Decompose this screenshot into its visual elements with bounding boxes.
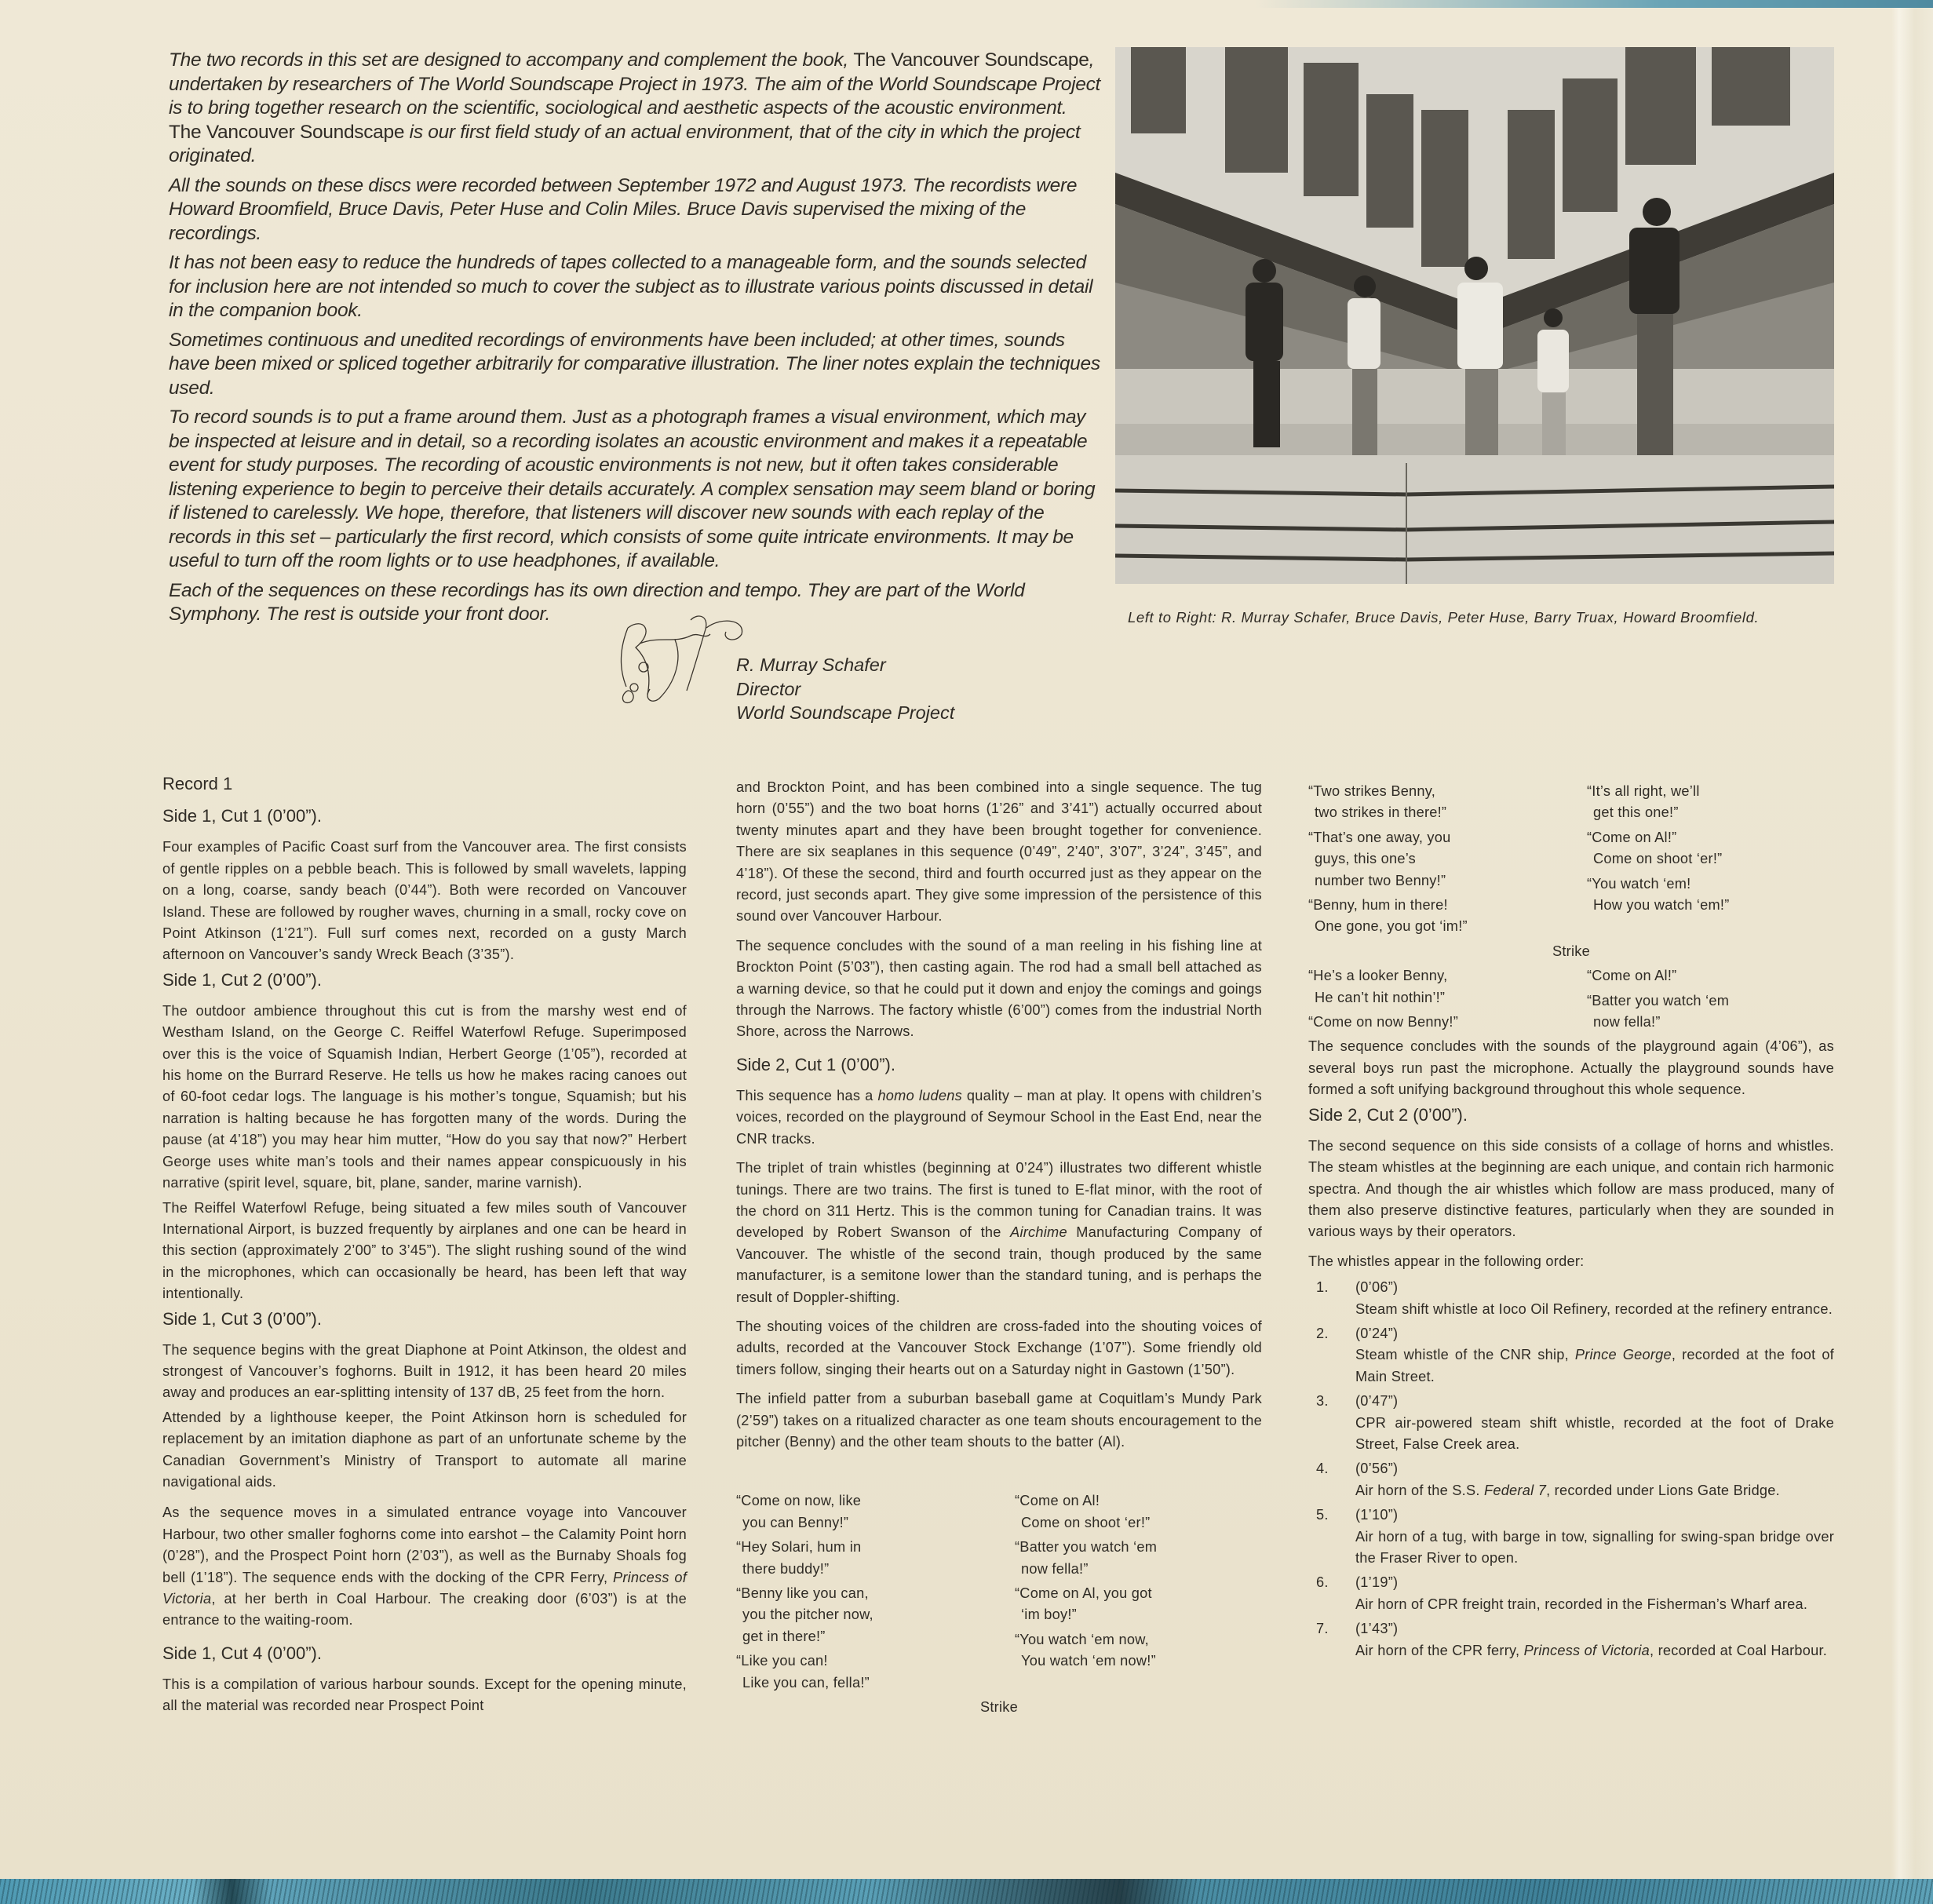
sleeve-edge-bottom: [0, 1879, 1933, 1904]
whistle-list: 1.(0’06”)Steam shift whistle at Ioco Oil…: [1308, 1277, 1834, 1661]
chant-line: “Come on now Benny!”: [1308, 1012, 1556, 1033]
whistle-item: 2.(0’24”)Steam whistle of the CNR ship, …: [1308, 1323, 1834, 1388]
cut-description: The sequence begins with the great Diaph…: [162, 1340, 687, 1404]
chant-line: “That’s one away, you guys, this one’s n…: [1308, 827, 1556, 892]
whistle-description: CPR air-powered steam shift whistle, rec…: [1355, 1415, 1834, 1452]
whistle-number: 2.: [1308, 1323, 1355, 1388]
chant-line: “He’s a looker Benny, He can’t hit nothi…: [1308, 965, 1556, 1009]
signature-block: R. Murray Schafer Director World Soundsc…: [612, 612, 1083, 738]
whistle-timestamp: (0’56”): [1355, 1458, 1834, 1479]
intro-paragraph: It has not been easy to reduce the hundr…: [169, 251, 1103, 323]
chant-line: “Batter you watch ‘em now fella!”: [1015, 1537, 1262, 1580]
whistle-number: 6.: [1308, 1572, 1355, 1615]
signer-title: Director: [736, 677, 954, 702]
chant-line: “Come on Al, you got ‘im boy!”: [1015, 1583, 1262, 1626]
whistle-number: 3.: [1308, 1391, 1355, 1455]
chant-line: “Batter you watch ‘em now fella!”: [1587, 990, 1834, 1034]
signer-name: R. Murray Schafer: [736, 653, 954, 677]
chant-line: “Like you can! Like you can, fella!”: [736, 1650, 983, 1694]
intro-paragraph: Sometimes continuous and unedited record…: [169, 329, 1103, 401]
whistle-item: 7.(1’43”)Air horn of the CPR ferry, Prin…: [1308, 1618, 1834, 1661]
cut-description: The outdoor ambience throughout this cut…: [162, 1001, 687, 1195]
photo-staircase-group-image: [1115, 47, 1834, 584]
chant-line: “It’s all right, we’ll get this one!”: [1587, 781, 1834, 824]
cut-description-continued: and Brockton Point, and has been combine…: [736, 777, 1262, 928]
whistle-description: Air horn of the CPR ferry, Princess of V…: [1355, 1643, 1827, 1658]
chant-line: “Benny like you can, you the pitcher now…: [736, 1583, 983, 1647]
intro-paragraph: To record sounds is to put a frame aroun…: [169, 406, 1103, 574]
chant-line: “Two strikes Benny, two strikes in there…: [1308, 781, 1556, 824]
cut-heading-side1-cut2: Side 1, Cut 2 (0’00”).: [162, 969, 687, 991]
chant-line: “Come on now, like you can Benny!”: [736, 1490, 983, 1534]
whistle-item: 5.(1’10”)Air horn of a tug, with barge i…: [1308, 1505, 1834, 1569]
batter-side-chants: “It’s all right, we’ll get this one!”“Co…: [1587, 781, 1834, 941]
pitcher-side-chants: “Two strikes Benny, two strikes in there…: [1308, 781, 1556, 941]
whistle-item: 3.(0’47”)CPR air-powered steam shift whi…: [1308, 1391, 1834, 1455]
liner-column-1: Record 1 Side 1, Cut 1 (0’00”). Four exa…: [162, 773, 687, 1720]
signer-organization: World Soundscape Project: [736, 701, 954, 725]
chant-line: “You watch ‘em! How you watch ‘em!”: [1587, 874, 1834, 917]
cut-description: The whistles appear in the following ord…: [1308, 1251, 1834, 1272]
chant-line: “Benny, hum in there! One gone, you got …: [1308, 895, 1556, 938]
whistle-timestamp: (0’24”): [1355, 1323, 1834, 1344]
cut-heading-side2-cut1: Side 2, Cut 1 (0’00”).: [736, 1054, 1262, 1076]
cut-description: Four examples of Pacific Coast surf from…: [162, 837, 687, 965]
whistle-timestamp: (1’43”): [1355, 1618, 1834, 1640]
cut-description: The triplet of train whistles (beginning…: [736, 1158, 1262, 1308]
whistle-timestamp: (1’19”): [1355, 1572, 1834, 1593]
whistle-item: 4.(0’56”)Air horn of the S.S. Federal 7,…: [1308, 1458, 1834, 1501]
baseball-chant-part-3: “He’s a looker Benny, He can’t hit nothi…: [1308, 965, 1834, 1036]
cut-description: The infield patter from a suburban baseb…: [736, 1388, 1262, 1453]
chant-line: “Hey Solari, hum in there buddy!”: [736, 1537, 983, 1580]
pitcher-side-chants: “He’s a looker Benny, He can’t hit nothi…: [1308, 965, 1556, 1036]
whistle-timestamp: (0’06”): [1355, 1277, 1834, 1298]
cut-description: This is a compilation of various harbour…: [162, 1674, 687, 1717]
cut-description: The sequence concludes with the sounds o…: [1308, 1036, 1834, 1100]
whistle-item: 6.(1’19”)Air horn of CPR freight train, …: [1308, 1572, 1834, 1615]
whistle-timestamp: (1’10”): [1355, 1505, 1834, 1526]
sleeve-edge-top: [1256, 0, 1933, 8]
cut-heading-side2-cut2: Side 2, Cut 2 (0’00”).: [1308, 1104, 1834, 1126]
intro-essay: The two records in this set are designed…: [169, 49, 1103, 633]
record-heading: Record 1: [162, 773, 687, 794]
cut-description: As the sequence moves in a simulated ent…: [162, 1502, 687, 1631]
whistle-number: 1.: [1308, 1277, 1355, 1320]
whistle-description: Air horn of CPR freight train, recorded …: [1355, 1596, 1807, 1612]
whistle-description: Air horn of a tug, with barge in tow, si…: [1355, 1529, 1834, 1566]
cut-description: The Reiffel Waterfowl Refuge, being situ…: [162, 1198, 687, 1305]
cut-heading-side1-cut3: Side 1, Cut 3 (0’00”).: [162, 1308, 687, 1330]
batter-side-chants: “Come on Al!”“Batter you watch ‘em now f…: [1587, 965, 1834, 1036]
whistle-description: Steam shift whistle at Ioco Oil Refinery…: [1355, 1301, 1833, 1317]
whistle-number: 5.: [1308, 1505, 1355, 1569]
liner-column-2: and Brockton Point, and has been combine…: [736, 777, 1262, 1721]
cut-heading-side1-cut4: Side 1, Cut 4 (0’00”).: [162, 1643, 687, 1665]
baseball-chant-part-1: “Come on now, like you can Benny!”“Hey S…: [736, 1490, 1262, 1697]
whistle-timestamp: (0’47”): [1355, 1391, 1834, 1412]
batter-side-chants: “Come on Al! Come on shoot ‘er!”“Batter …: [1015, 1490, 1262, 1697]
cut-heading-side1-cut1: Side 1, Cut 1 (0’00”).: [162, 805, 687, 827]
group-photograph: [1115, 47, 1834, 584]
cut-description: The second sequence on this side consist…: [1308, 1136, 1834, 1243]
whistle-description: Steam whistle of the CNR ship, Prince Ge…: [1355, 1347, 1834, 1384]
intro-paragraph: All the sounds on these discs were recor…: [169, 174, 1103, 246]
cut-description: This sequence has a homo ludens quality …: [736, 1085, 1262, 1150]
photo-caption: Left to Right: R. Murray Schafer, Bruce …: [1128, 609, 1834, 626]
chant-line: “Come on Al! Come on shoot ‘er!”: [1015, 1490, 1262, 1534]
chant-line: “You watch ‘em now, You watch ‘em now!”: [1015, 1629, 1262, 1672]
strike-call: Strike: [736, 1697, 1262, 1718]
strike-call: Strike: [1308, 941, 1834, 962]
cut-description: Attended by a lighthouse keeper, the Poi…: [162, 1407, 687, 1494]
whistle-number: 4.: [1308, 1458, 1355, 1501]
whistle-number: 7.: [1308, 1618, 1355, 1661]
intro-paragraph: The two records in this set are designed…: [169, 49, 1103, 169]
liner-column-3: “Two strikes Benny, two strikes in there…: [1308, 781, 1834, 1665]
signature-text: R. Murray Schafer Director World Soundsc…: [736, 653, 954, 725]
pitcher-side-chants: “Come on now, like you can Benny!”“Hey S…: [736, 1490, 983, 1697]
cut-description: The sequence concludes with the sound of…: [736, 936, 1262, 1043]
baseball-chant-part-2: “Two strikes Benny, two strikes in there…: [1308, 781, 1834, 941]
whistle-item: 1.(0’06”)Steam shift whistle at Ioco Oil…: [1308, 1277, 1834, 1320]
chant-line: “Come on Al!” Come on shoot ‘er!”: [1587, 827, 1834, 870]
chant-line: “Come on Al!”: [1587, 965, 1834, 987]
whistle-description: Air horn of the S.S. Federal 7, recorded…: [1355, 1483, 1780, 1498]
cut-description: The shouting voices of the children are …: [736, 1316, 1262, 1381]
